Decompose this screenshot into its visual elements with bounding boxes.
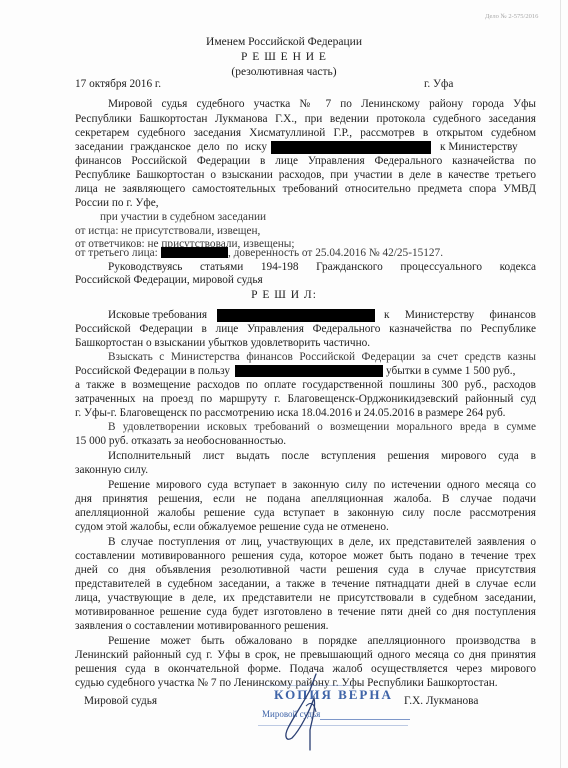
intro-line: секретарем судебного заседания Хисматулл… — [75, 127, 536, 140]
guided-by-line: Российской Федерации, мировой судья — [75, 274, 263, 287]
operative-line: Ленинский районный суд г. Уфы в срок, не… — [75, 649, 536, 662]
redacted-third-party — [161, 247, 228, 258]
operative-line: судом этой жалобы, если обжалуемое решен… — [75, 521, 389, 534]
operative-line: Исполнительный лист выдать после вступле… — [108, 450, 536, 463]
participation-heading: при участии в судебном заседании — [100, 211, 266, 224]
guided-by-line: Руководствуясь статьями 194-198 Гражданс… — [108, 261, 536, 274]
operative-line: 15 000 руб. отказать за необоснованность… — [75, 435, 286, 448]
intro-line: лица не заявляющего самостоятельных треб… — [75, 183, 536, 196]
operative-line: дня принятия решения, если не подана апе… — [75, 493, 536, 506]
operative-line: Российской Федерации в пользу — [75, 365, 230, 378]
document-title: Р Е Ш Е Н И Е — [0, 51, 568, 63]
decided-heading: Р Е Ш И Л: — [0, 289, 568, 301]
document-subtitle: (резолютивная часть) — [0, 66, 568, 78]
operative-line: Российской Федерации в лице Управления Ф… — [75, 323, 536, 336]
operative-line: Башкортостан о взыскании убытков удовлет… — [75, 337, 370, 350]
signature-name: Г.Х. Лукманова — [404, 695, 478, 708]
intro-line: к Министерству — [440, 141, 518, 154]
operative-line: лица, участвующие в деле, их представите… — [75, 592, 536, 605]
document-page: Дело № 2-575/2016 Именем Российской Феде… — [0, 0, 568, 768]
decision-city: г. Уфа — [424, 78, 453, 91]
participation-power-of-attorney: , доверенность от 25.04.2016 № 42/25-151… — [228, 247, 443, 260]
intro-line: Республики Башкортостан Лукманова Г.Х., … — [75, 113, 536, 126]
intro-line: заседании гражданское дело по иску — [75, 141, 267, 154]
case-number: Дело № 2-575/2016 — [485, 13, 538, 20]
operative-line: составлении мотивированного решения суда… — [75, 550, 536, 563]
intro-line: России по г. Уфе, — [75, 197, 159, 210]
intro-line: Мировой судья судебного участка № 7 по Л… — [108, 98, 536, 111]
operative-line: Решение может быть обжаловано в порядке … — [108, 635, 536, 648]
handwritten-signature — [280, 672, 340, 752]
operative-line: Взыскать с Министерства финансов Российс… — [108, 351, 536, 364]
intro-line: финансов Российской Федерации в лице Упр… — [75, 155, 536, 168]
operative-line: законную силу. — [75, 464, 148, 477]
operative-line: затраченных на проезд по маршруту г. Бла… — [75, 393, 536, 406]
decision-date: 17 октября 2016 г. — [75, 78, 161, 91]
signature-position: Мировой судья — [84, 695, 157, 708]
intro-line: Республике Башкортостан о взыскании расх… — [75, 169, 536, 182]
operative-line: к Министерству финансов — [384, 309, 536, 322]
redacted-plaintiff — [217, 309, 375, 322]
page-edge — [560, 0, 561, 768]
operative-line: В случае поступления от лиц, участвующих… — [108, 536, 536, 549]
operative-line: В удовлетворении исковых требований о во… — [108, 421, 536, 434]
operative-line: апелляционной жалобы решение суда вступа… — [75, 507, 536, 520]
redacted-plaintiff — [235, 365, 383, 377]
operative-line: мотивированное решение суда будет изгото… — [75, 606, 536, 619]
operative-line: дней со дня объявления резолютивной част… — [75, 564, 536, 577]
redacted-plaintiff — [271, 141, 431, 154]
operative-line: Исковые требования — [108, 309, 207, 322]
operative-line: а также в возмещение расходов по оплате … — [75, 379, 536, 392]
operative-line: заявления о составлении мотивированного … — [75, 620, 329, 633]
in-the-name-heading: Именем Российской Федерации — [0, 36, 568, 48]
operative-line: Решение мирового суда вступает в законну… — [108, 479, 536, 492]
operative-line: представителей в судебном заседании, а т… — [75, 578, 536, 591]
operative-line: убытки в сумме 1 500 руб., — [386, 365, 515, 378]
operative-line: г. Уфы-г. Благовещенск по рассмотрению и… — [75, 407, 506, 420]
participation-third-party-label: от третьего лица: — [75, 247, 158, 260]
participation-plaintiff: от истца: не присутствовали, извещен, — [75, 225, 260, 238]
